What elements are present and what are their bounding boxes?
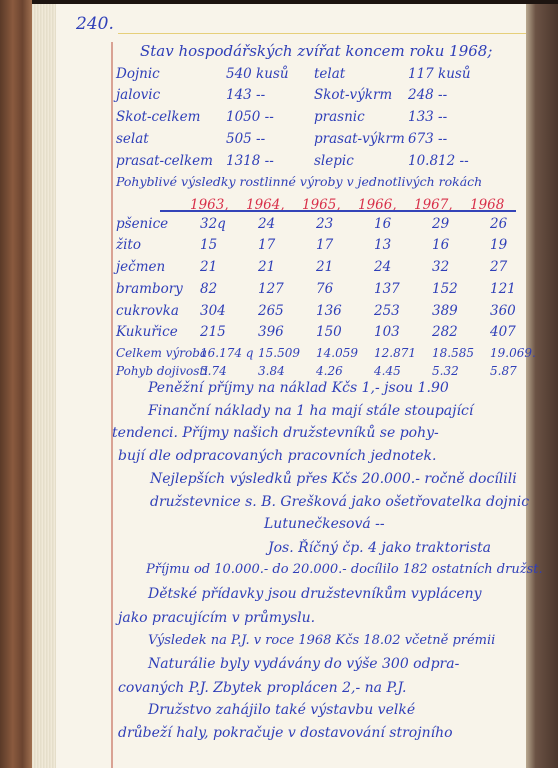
paragraph-line: Dětské přídavky jsou družstevníkům vyplá…: [148, 586, 482, 602]
livestock-row: Skot-celkem1050 --prasnic133 --: [116, 109, 447, 125]
facing-page-edge: [526, 4, 558, 768]
page-number: 240.: [76, 14, 114, 34]
table-row: cukrovka304265136253389360: [116, 303, 548, 319]
table-row: ječmen212121243227: [116, 259, 548, 275]
paragraph-line: jako pracujícím v průmyslu.: [118, 610, 315, 626]
livestock-row: Dojnic540 kusůtelat117 kusů: [116, 66, 471, 82]
livestock-row: prasat-celkem1318 --slepic10.812 --: [116, 153, 469, 169]
table-row: žito151717131619: [116, 237, 548, 253]
livestock-row: jalovic143 --Skot-výkrm248 --: [116, 87, 447, 103]
header-rule: [118, 33, 526, 34]
paragraph-line: Naturálie byly vydávány do výše 300 odpr…: [148, 656, 459, 672]
table-row: Celkem výroba16.174 q15.50914.05912.8711…: [116, 346, 548, 360]
paragraph-line: drůbeží haly, pokračuje v dostavování st…: [118, 725, 453, 741]
paragraph-line: Peněžní příjmy na náklad Kčs 1,- jsou 1.…: [148, 380, 449, 396]
years-underline: [160, 210, 516, 212]
paragraph-line: Lutunečkesová --: [264, 516, 385, 532]
paragraph-line: Jos. Říčný čp. 4 jako traktorista: [268, 540, 491, 556]
paragraph-line: tendenci. Příjmy našich družstevníků se …: [112, 425, 439, 441]
table-row: brambory8212776137152121: [116, 281, 548, 297]
page-edges: [32, 4, 58, 768]
paragraph-line: Nejlepších výsledků přes Kčs 20.000.- ro…: [150, 471, 517, 487]
table-row: Pohyb dojivosti3.743.844.264.455.325.87: [116, 364, 548, 378]
paragraph-line: bují dle odpracovaných pracovních jednot…: [118, 448, 436, 464]
table-row: Kukuřice215396150103282407: [116, 324, 548, 340]
page-title: Stav hospodářských zvířat koncem roku 19…: [140, 42, 492, 60]
paragraph-line: covaných P.J. Zbytek proplácen 2,- na P.…: [118, 680, 406, 696]
paragraph-line: družstevnice s. B. Grešková jako ošetřov…: [150, 494, 529, 510]
crop-heading: Pohyblivé výsledky rostlinné výroby v je…: [116, 174, 482, 189]
paragraph-line: Družstvo zahájilo také výstavbu velké: [148, 702, 415, 718]
paragraph-line: Příjmu od 10.000.- do 20.000.- docílilo …: [146, 562, 543, 577]
book-spine: [0, 0, 32, 768]
paragraph-line: Finanční náklady na 1 ha mají stále stou…: [148, 403, 473, 419]
paragraph-line: Výsledek na P.J. v roce 1968 Kčs 18.02 v…: [148, 633, 495, 648]
livestock-row: selat505 --prasat-výkrm673 --: [116, 131, 447, 147]
margin-rule: [111, 42, 113, 768]
table-row: pšenice32q2423162926: [116, 216, 548, 232]
